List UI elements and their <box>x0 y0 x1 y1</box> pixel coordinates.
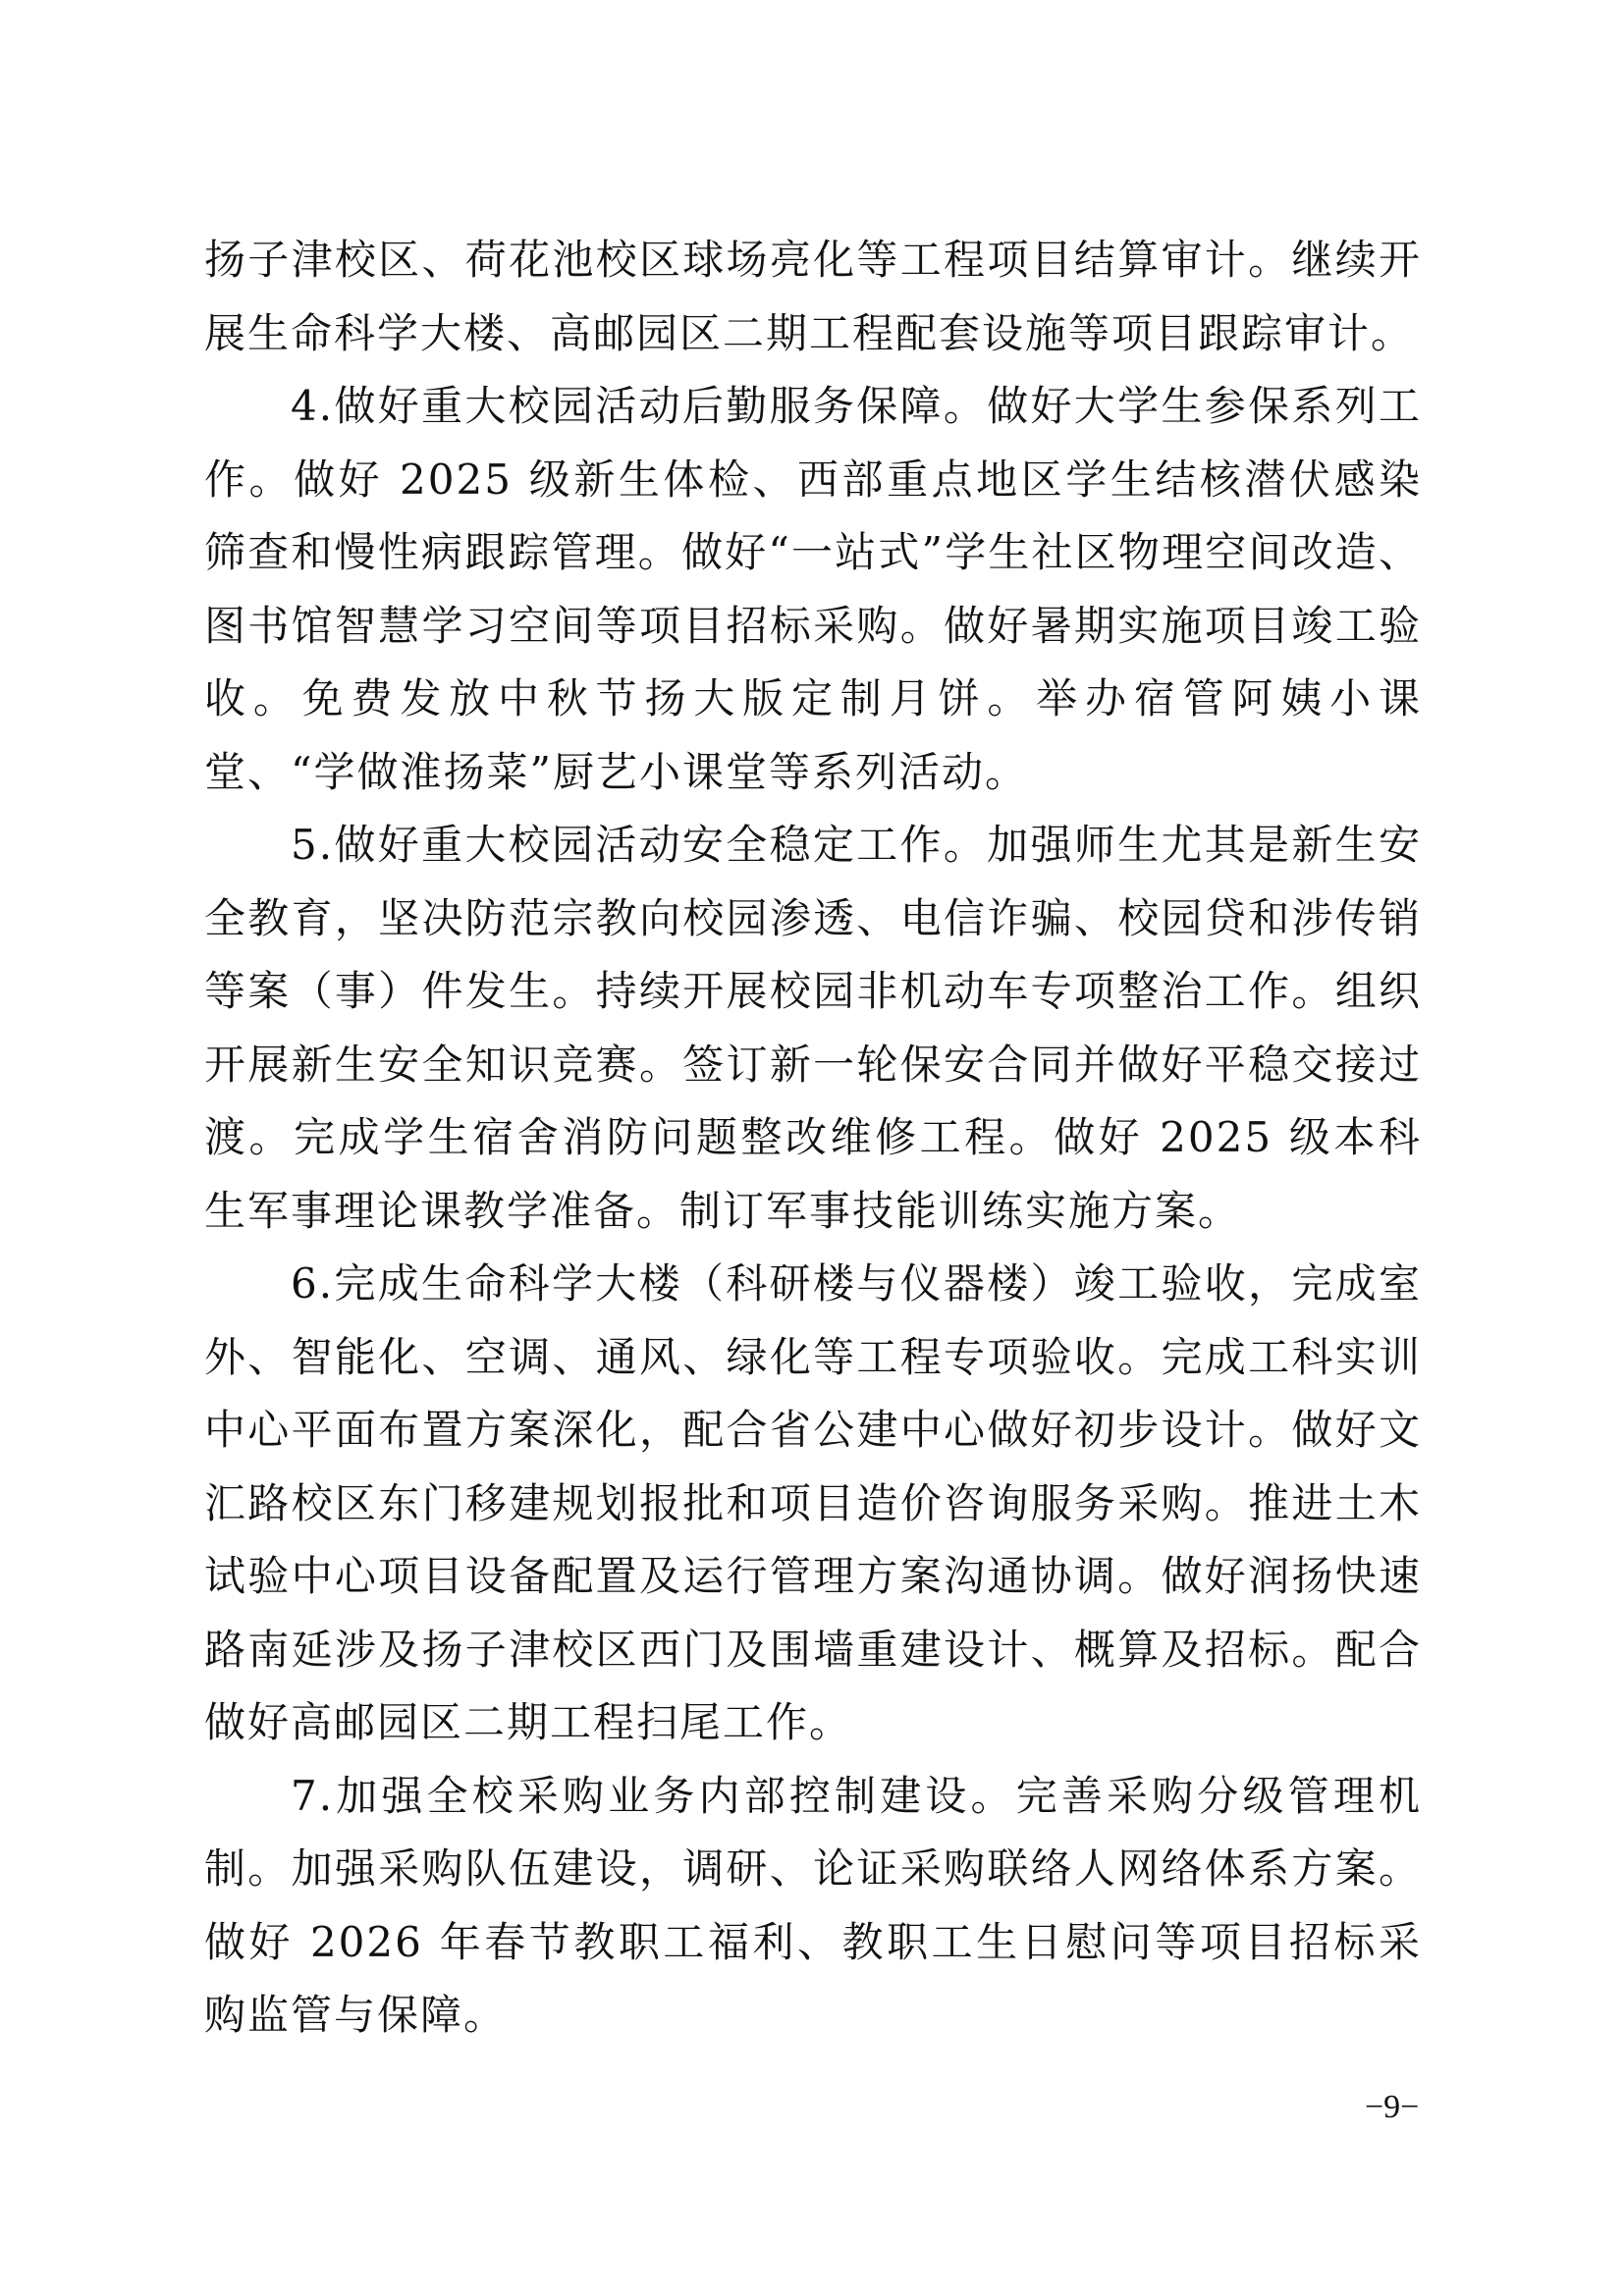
paragraph-audit-continuation: 扬子津校区、荷花池校区球场亮化等工程项目结算审计。继续开展生命科学大楼、高邮园区… <box>204 224 1422 370</box>
paragraph-item-7-procurement: 7.加强全校采购业务内部控制建设。完善采购分级管理机制。加强采购队伍建设，调研、… <box>204 1760 1422 2053</box>
paragraph-item-5-safety: 5.做好重大校园活动安全稳定工作。加强师生尤其是新生安全教育，坚决防范宗教向校园… <box>204 809 1422 1248</box>
paragraph-item-6-construction: 6.完成生命科学大楼（科研楼与仪器楼）竣工验收，完成室外、智能化、空调、通风、绿… <box>204 1248 1422 1760</box>
document-body: 扬子津校区、荷花池校区球场亮化等工程项目结算审计。继续开展生命科学大楼、高邮园区… <box>204 224 1422 2053</box>
paragraph-item-4-logistics: 4.做好重大校园活动后勤服务保障。做好大学生参保系列工作。做好 2025 级新生… <box>204 370 1422 809</box>
page-number: −9− <box>1365 2089 1419 2126</box>
